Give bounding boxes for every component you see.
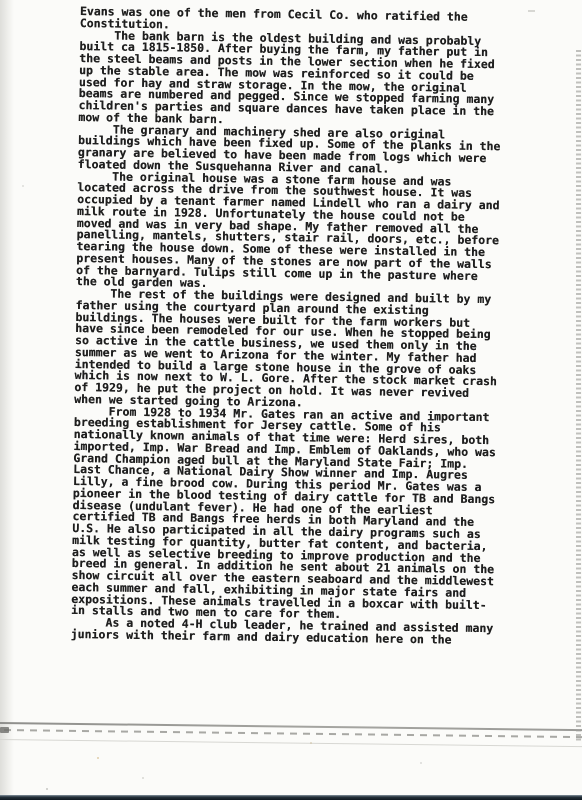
left-edge-scan-mark	[0, 727, 9, 733]
paragraph-5: The rest of the buildings were designed …	[74, 288, 536, 412]
paragraph-7: As a noted 4-H club leader, he trained a…	[71, 617, 531, 647]
perforation-faint-line	[0, 739, 582, 747]
page-fold-perforation	[0, 721, 582, 754]
perforation-solid-line	[0, 722, 582, 731]
paper-speck	[142, 777, 144, 779]
perforation-dashed-line	[4, 729, 582, 738]
paper-speck	[22, 185, 24, 187]
paragraph-6: From 1928 to 1934 Mr. Gates ran an activ…	[71, 405, 534, 623]
scan-bottom-dark-edge	[0, 795, 582, 800]
paper-speck	[310, 742, 312, 744]
scanned-typewritten-page: Evans was one of the men from Cecil Co. …	[0, 0, 582, 800]
paper-speck	[46, 788, 48, 790]
page-left-edge-shadow	[0, 0, 14, 800]
paper-speck	[420, 762, 422, 764]
paper-speck	[97, 757, 99, 759]
paragraph-4: The original house was a stone farm hous…	[76, 170, 538, 294]
document-text: Evans was one of the men from Cecil Co. …	[71, 6, 540, 647]
tractor-feed-perforation-right	[576, 50, 581, 742]
paragraph-2: The bank barn is the oldest building and…	[78, 29, 539, 130]
